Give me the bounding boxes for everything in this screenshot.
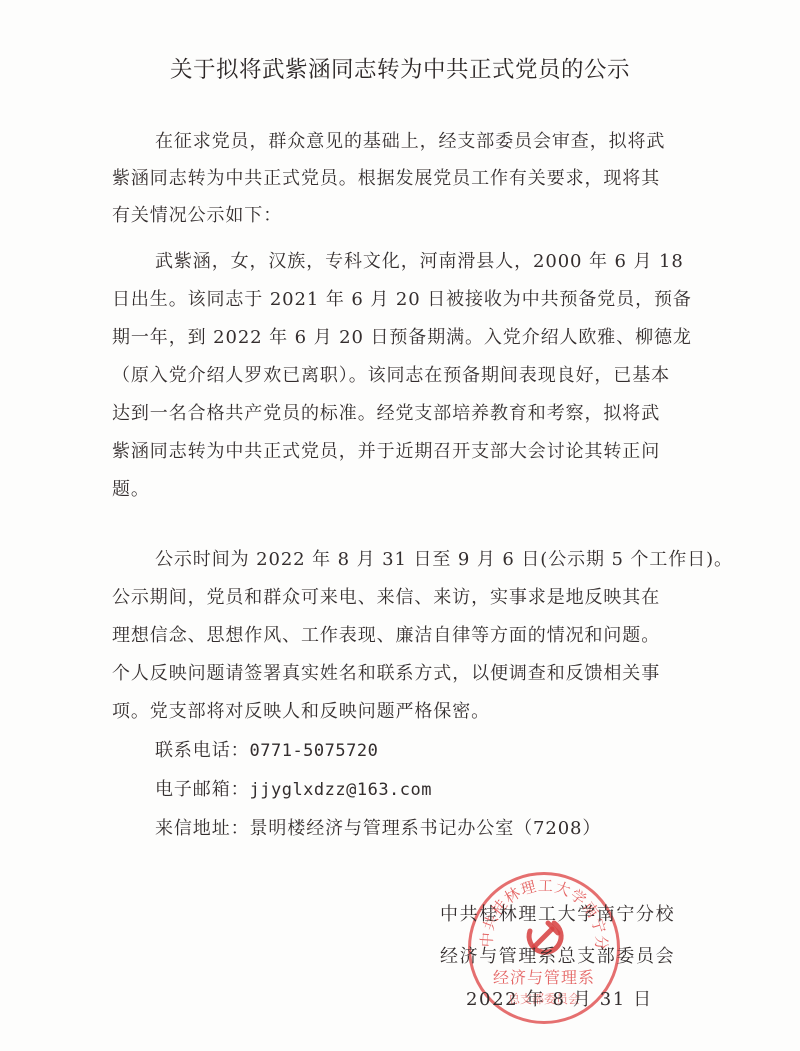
signature-org-line-1: 中共桂林理工大学南宁分校 — [440, 900, 675, 926]
paragraph-2-line-7: 题。 — [112, 475, 150, 501]
address-label: 来信地址： — [155, 818, 250, 839]
contact-address: 来信地址：景明楼经济与管理系书记办公室（7208） — [155, 814, 601, 840]
paragraph-1-line-1: 在征求党员，群众意见的基础上，经支部委员会审查，拟将武 — [155, 127, 665, 153]
page-title: 关于拟将武紫涵同志转为中共正式党员的公示 — [0, 52, 800, 84]
paragraph-2-line-4: （原入党介绍人罗欢已离职）。该同志在预备期间表现良好，已基本 — [112, 361, 670, 387]
email-label: 电子邮箱： — [155, 779, 250, 800]
paragraph-1-line-2: 紫涵同志转为中共正式党员。根据发展党员工作有关要求，现将其 — [112, 164, 660, 190]
notice-document: 关于拟将武紫涵同志转为中共正式党员的公示 在征求党员，群众意见的基础上，经支部委… — [0, 0, 800, 1051]
paragraph-3-line-2: 公示期间，党员和群众可来电、来信、来访，实事求是地反映其在 — [112, 583, 660, 609]
signature-org-line-2: 经济与管理系总支部委员会 — [440, 942, 675, 968]
phone-label: 联系电话： — [155, 740, 250, 761]
paragraph-2-line-1: 武紫涵，女，汉族，专科文化，河南滑县人，2000 年 6 月 18 — [155, 247, 684, 273]
paragraph-2-line-3: 期一年，到 2022 年 6 月 20 日预备期满。入党介绍人欧雅、柳德龙 — [112, 323, 692, 349]
signature-date: 2022 年 8 月 31 日 — [466, 985, 653, 1011]
address-value: 景明楼经济与管理系书记办公室（7208） — [250, 818, 602, 839]
contact-phone: 联系电话：0771-5075720 — [155, 736, 378, 762]
paragraph-3-line-5: 项。党支部将对反映人和反映问题严格保密。 — [112, 697, 490, 723]
email-value: jjyglxdzz@163.com — [250, 780, 433, 800]
phone-value: 0771-5075720 — [250, 741, 379, 761]
paragraph-2-line-5: 达到一名合格共产党员的标准。经党支部培养教育和考察，拟将武 — [112, 399, 660, 425]
paragraph-1-line-3: 有关情况公示如下： — [112, 201, 282, 227]
paragraph-3-line-1: 公示时间为 2022 年 8 月 31 日至 9 月 6 日(公示期 5 个工作… — [155, 545, 733, 571]
contact-email: 电子邮箱：jjyglxdzz@163.com — [155, 775, 432, 801]
paragraph-3-line-4: 个人反映问题请签署真实姓名和联系方式，以便调查和反馈相关事 — [112, 659, 660, 685]
paragraph-2-line-6: 紫涵同志转为中共正式党员，并于近期召开支部大会讨论其转正问 — [112, 437, 660, 463]
paragraph-3-line-3: 理想信念、思想作风、工作表现、廉洁自律等方面的情况和问题。 — [112, 621, 660, 647]
paragraph-2-line-2: 日出生。该同志于 2021 年 6 月 20 日被接收为中共预备党员，预备 — [112, 285, 692, 311]
